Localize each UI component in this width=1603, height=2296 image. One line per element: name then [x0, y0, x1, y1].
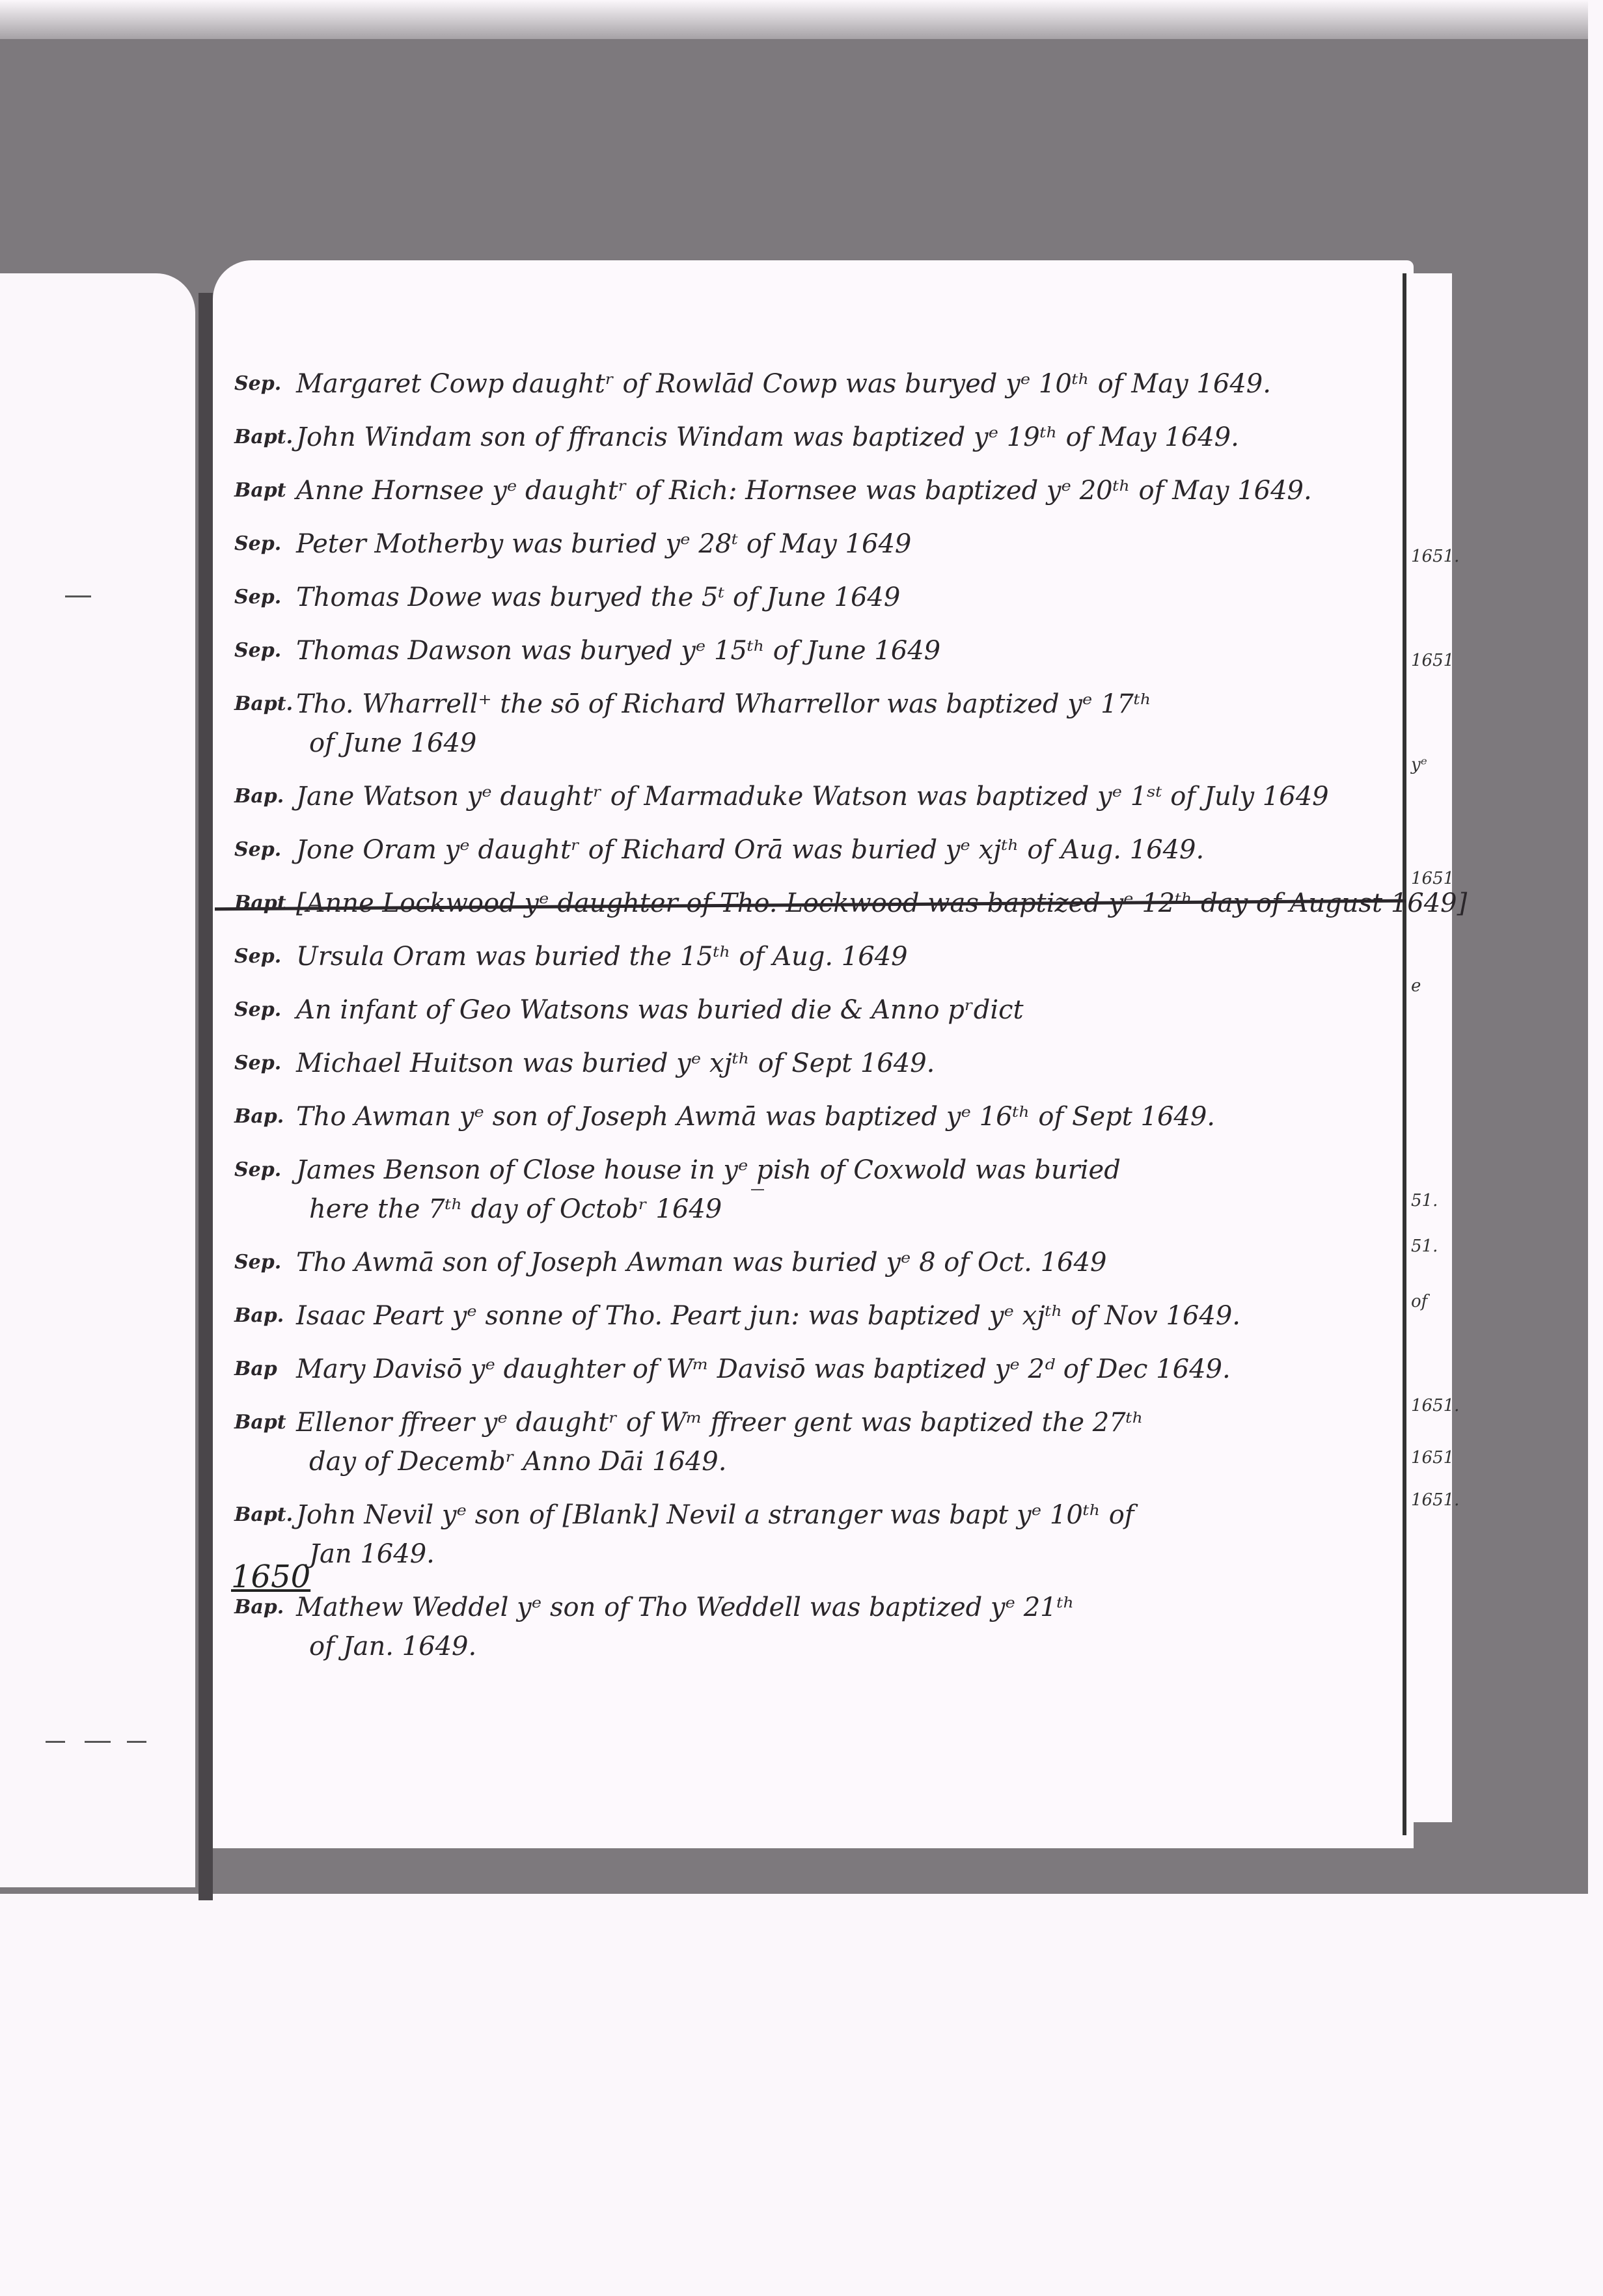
- entry-text: Peter Motherby was buried yᵉ 28ᵗ of May …: [296, 529, 911, 559]
- entry-type: Sep.: [234, 830, 293, 869]
- left-page-mark: [127, 1741, 146, 1743]
- entry-text: Michael Huitson was buried yᵉ xjᵗʰ of Se…: [296, 1048, 935, 1078]
- entry-text: Isaac Peart yᵉ sonne of Tho. Peart jun: …: [296, 1301, 1240, 1331]
- entry-text: Ellenor ffreer yᵉ daughtʳ of Wᵐ ffreer g…: [296, 1408, 1144, 1438]
- entry-text: Mathew Weddel yᵉ son of Tho Weddell was …: [296, 1592, 1075, 1622]
- register-entry: Bap.Isaac Peart yᵉ sonne of Tho. Peart j…: [234, 1296, 1399, 1335]
- register-entry: Sep.Peter Motherby was buried yᵉ 28ᵗ of …: [234, 525, 1399, 564]
- register-entry: Sep.Thomas Dowe was buryed the 5ᵗ of Jun…: [234, 578, 1399, 617]
- entry-continuation: of June 1649: [296, 724, 1399, 763]
- right-margin-strip: [1406, 273, 1452, 1822]
- register-entry: Bapt.John Windam son of ffrancis Windam …: [234, 418, 1399, 457]
- entry-type: Bap.: [234, 777, 293, 816]
- book-gutter: [199, 293, 213, 1900]
- margin-note: 1651.: [1411, 547, 1459, 566]
- entry-text: Tho Awmā son of Joseph Awman was buried …: [296, 1248, 1106, 1278]
- register-entry: Sep.Michael Huitson was buried yᵉ xjᵗʰ o…: [234, 1044, 1399, 1083]
- entry-continuation: here the 7ᵗʰ day of Octobʳ 1649: [296, 1190, 1399, 1229]
- entry-type: Bapt.: [234, 685, 293, 724]
- entry-type: Bapt: [234, 1403, 293, 1442]
- entry-type: Sep.: [234, 578, 293, 617]
- register-entry: Bapt.John Nevil yᵉ son of [Blank] Nevil …: [234, 1496, 1399, 1574]
- entry-type: Sep.: [234, 525, 293, 564]
- register-entry: Sep.Ursula Oram was buried the 15ᵗʰ of A…: [234, 937, 1399, 976]
- register-entry: Sep.James Benson of Close house in yᵉ p̲…: [234, 1151, 1399, 1229]
- entry-type: Bapt.: [234, 1496, 293, 1535]
- entry-type: Sep.: [234, 364, 293, 403]
- entry-type: Sep.: [234, 631, 293, 670]
- entry-type: Sep.: [234, 1044, 293, 1083]
- entry-type: Sep.: [234, 1151, 293, 1190]
- entry-text: Thomas Dowe was buryed the 5ᵗ of June 16…: [296, 582, 900, 612]
- margin-note: 1651.: [1411, 1490, 1459, 1510]
- margin-note: 1651: [1411, 1448, 1454, 1468]
- entry-text: Margaret Cowp daughtʳ of Rowlād Cowp was…: [296, 369, 1271, 399]
- left-page-mark: [46, 1741, 65, 1743]
- entry-text: John Nevil yᵉ son of [Blank] Nevil a str…: [296, 1500, 1134, 1530]
- entry-text: Anne Hornsee yᵉ daughtʳ of Rich: Hornsee…: [296, 476, 1312, 506]
- entry-text: James Benson of Close house in yᵉ p̲ish …: [296, 1155, 1121, 1185]
- margin-note: 1651.: [1411, 1396, 1459, 1415]
- margin-note: of: [1411, 1292, 1427, 1311]
- entry-type: Sep.: [234, 991, 293, 1030]
- register-entry: Bapt[Anne Lockwood yᵉ daughter of Tho. L…: [234, 884, 1399, 923]
- entry-type: Bapt: [234, 884, 293, 923]
- entry-text: John Windam son of ffrancis Windam was b…: [296, 422, 1239, 452]
- entry-continuation: of Jan. 1649.: [296, 1627, 1399, 1666]
- scan-bottom-edge: [0, 2154, 1603, 2296]
- entry-type: Sep.: [234, 937, 293, 976]
- margin-note: yᵉ: [1411, 755, 1427, 774]
- margin-note: 51.: [1411, 1191, 1438, 1210]
- margin-note: 51.: [1411, 1237, 1438, 1256]
- register-entry: Sep.Thomas Dawson was buryed yᵉ 15ᵗʰ of …: [234, 631, 1399, 670]
- register-entry: BaptEllenor ffreer yᵉ daughtʳ of Wᵐ ffre…: [234, 1403, 1399, 1481]
- left-page-mark: [85, 1741, 111, 1743]
- entry-text: Thomas Dawson was buryed yᵉ 15ᵗʰ of June…: [296, 636, 940, 666]
- entry-type: Bapt.: [234, 418, 293, 457]
- entry-continuation: day of Decembʳ Anno Dāi 1649.: [296, 1442, 1399, 1481]
- register-entry: BapMary Davisō yᵉ daughter of Wᵐ Davisō …: [234, 1350, 1399, 1389]
- register-entry: Sep.Jone Oram yᵉ daughtʳ of Richard Orā …: [234, 830, 1399, 869]
- year-heading: 1650: [231, 1559, 310, 1595]
- register-entry: BaptAnne Hornsee yᵉ daughtʳ of Rich: Hor…: [234, 471, 1399, 510]
- register-entry: Bap.Tho Awman yᵉ son of Joseph Awmā was …: [234, 1097, 1399, 1136]
- entry-type: Bapt: [234, 471, 293, 510]
- left-page-mark: [65, 595, 91, 597]
- register-entry: Bap.Jane Watson yᵉ daughtʳ of Marmaduke …: [234, 777, 1399, 816]
- register-entries: Sep.Margaret Cowp daughtʳ of Rowlād Cowp…: [234, 364, 1399, 1680]
- entry-type: Bap.: [234, 1296, 293, 1335]
- entry-text: Tho Awman yᵉ son of Joseph Awmā was bapt…: [296, 1102, 1215, 1132]
- register-entry: Bap.Mathew Weddel yᵉ son of Tho Weddell …: [234, 1588, 1399, 1666]
- entry-type: Bap: [234, 1350, 293, 1389]
- margin-note: e: [1411, 976, 1421, 996]
- margin-note: 1651: [1411, 651, 1454, 670]
- entry-continuation: Jan 1649.: [296, 1535, 1399, 1574]
- entry-text: Mary Davisō yᵉ daughter of Wᵐ Davisō was…: [296, 1354, 1231, 1384]
- entry-text: Jone Oram yᵉ daughtʳ of Richard Orā was …: [296, 835, 1204, 865]
- entry-type: Sep.: [234, 1243, 293, 1282]
- register-entry: Bapt.Tho. Wharrell⁺ the sō of Richard Wh…: [234, 685, 1399, 763]
- entry-type: Bap.: [234, 1097, 293, 1136]
- register-entry: Sep.An infant of Geo Watsons was buried …: [234, 991, 1399, 1030]
- entry-text: Ursula Oram was buried the 15ᵗʰ of Aug. …: [296, 942, 908, 972]
- margin-note: 1651: [1411, 869, 1454, 888]
- left-page-edge: [0, 273, 195, 1887]
- entry-text: Jane Watson yᵉ daughtʳ of Marmaduke Wats…: [296, 782, 1329, 812]
- register-entry: Sep.Margaret Cowp daughtʳ of Rowlād Cowp…: [234, 364, 1399, 403]
- register-entry: Sep.Tho Awmā son of Joseph Awman was bur…: [234, 1243, 1399, 1282]
- entry-text: An infant of Geo Watsons was buried die …: [296, 995, 1024, 1025]
- entry-text: [Anne Lockwood yᵉ daughter of Tho. Lockw…: [296, 888, 1467, 918]
- entry-text: Tho. Wharrell⁺ the sō of Richard Wharrel…: [296, 689, 1151, 719]
